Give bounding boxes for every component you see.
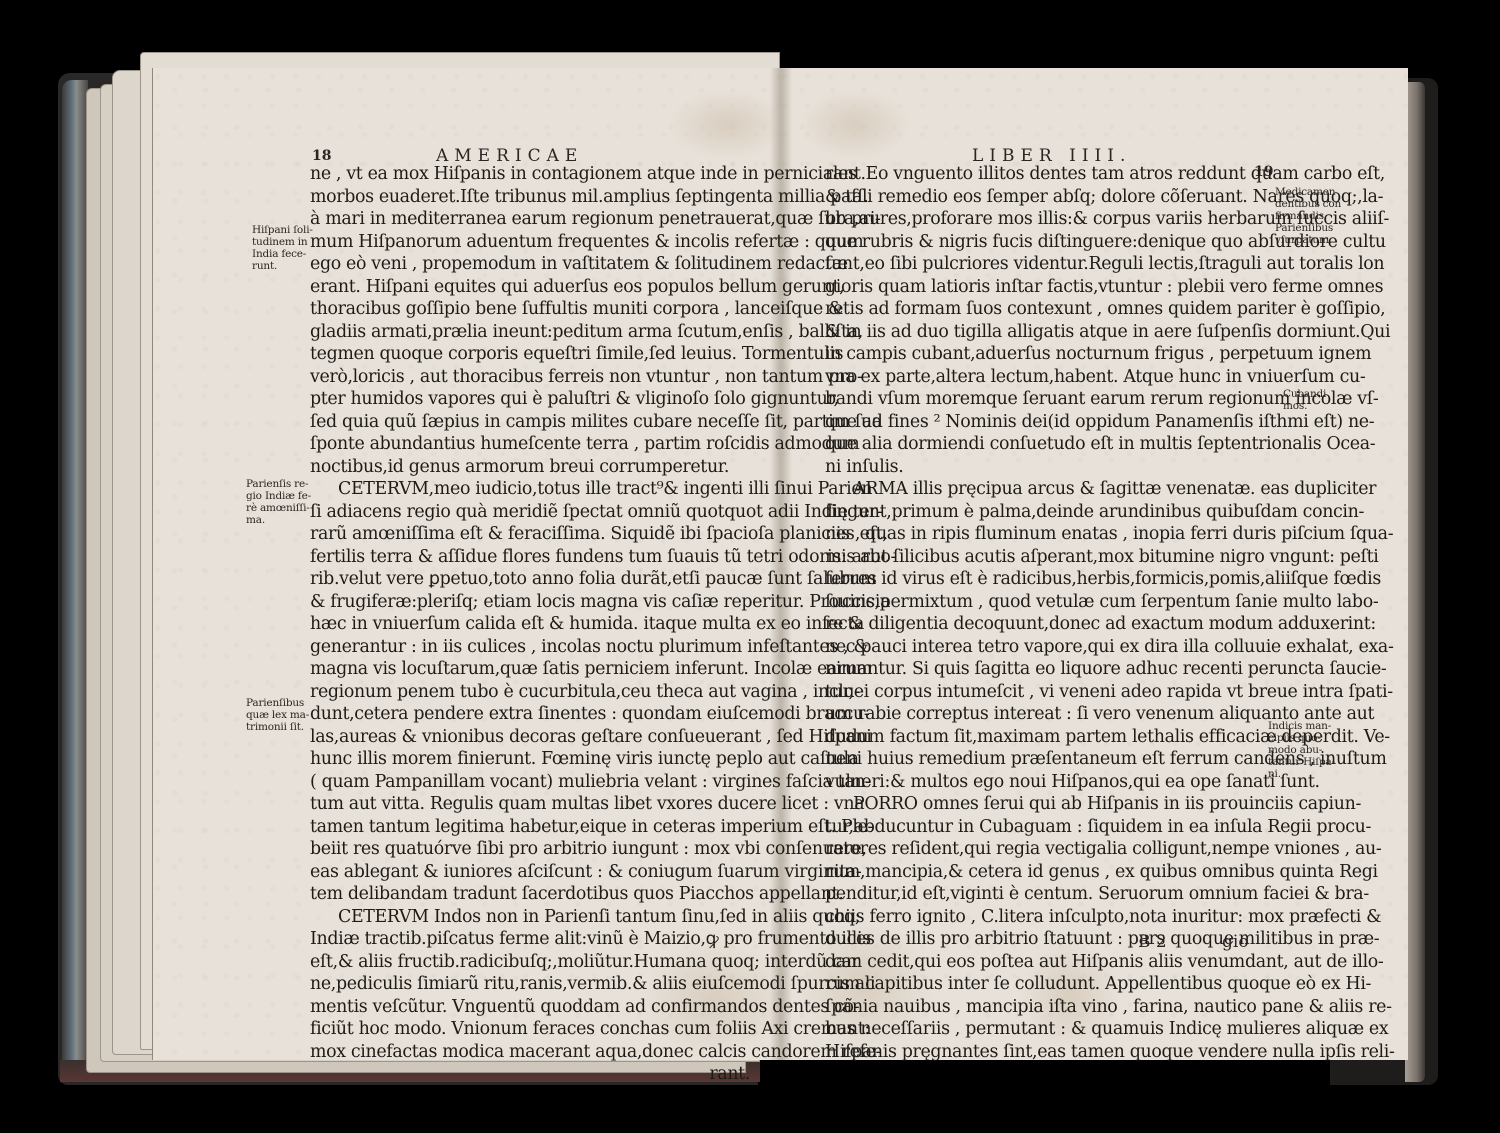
text-line: rarũ amœniſſima eſt & feraciſſima. Siqui… xyxy=(310,523,750,546)
text-line: tur,ei corpus intumeſcit , vi veneni ade… xyxy=(825,681,1270,704)
text-line: & in iis ad duo tigilla alligatis atque … xyxy=(825,321,1270,344)
marginal-note: Medicamen dentibus con firmandis, Parien… xyxy=(1275,186,1341,246)
folio-number-left: 18 xyxy=(312,148,331,164)
text-line: nec pauci interea tetro vapore,qui ex di… xyxy=(825,636,1270,659)
marginal-note: Parienſibus quæ lex ma- trimonii ſit. xyxy=(246,697,309,733)
text-line: duces de illis pro arbitrio ſtatuunt : p… xyxy=(825,928,1270,951)
text-line: chiis ferro ignito , C.litera inſculpto,… xyxy=(825,906,1270,929)
text-line: nis , quas in ripis fluminum enatas , in… xyxy=(825,523,1270,546)
text-line: tegmen quoque corporis equeſtri ſimile,ſ… xyxy=(310,343,750,366)
text-line: bra,aures,proforare mos illis:& corpus v… xyxy=(825,208,1270,231)
paragraph-start: CETERVM Indos non in Parienſi tantum ſin… xyxy=(310,906,750,929)
text-line: las,aureas & vnionibus decoras geſtare c… xyxy=(310,726,750,749)
text-line: rant.Eo vnguento illitos dentes tam atro… xyxy=(825,163,1270,186)
catchword-line: rant. xyxy=(310,1063,750,1086)
text-line: Indiæ tractib.piſcatus ferme alit:vinũ è… xyxy=(310,928,750,951)
text-line: à mari in mediterranea earum regionum pe… xyxy=(310,208,750,231)
text-line: ni inſulis. xyxy=(825,456,1270,479)
text-line: rum capitibus inter ſe colludunt. Appell… xyxy=(825,973,1270,996)
text-line: ſed quia quũ ſæpius in campis milites cu… xyxy=(310,411,750,434)
marbled-edge xyxy=(62,80,88,1080)
text-line: dam cedit,qui eos poſtea aut Hiſpanis al… xyxy=(825,951,1270,974)
text-line: que alia dormiendi conſuetudo eſt in mul… xyxy=(825,433,1270,456)
marginal-note: Parienſis re- gio Indiæ fe- rè amœniſſi-… xyxy=(246,478,311,526)
text-line: dudum factum ſit,maximam partem lethalis… xyxy=(825,726,1270,749)
text-line: ſunt,eo ſibi pulcriores videntur.Reguli … xyxy=(825,253,1270,276)
text-line: hæc in vniuerſum calida eſt & humida. it… xyxy=(310,613,750,636)
text-line: morbos euaderet.Iſte tribunus mil.ampliu… xyxy=(310,186,750,209)
catchword: gio xyxy=(1222,932,1249,952)
text-line: fertilis terra & aſſidue flores fundens … xyxy=(310,546,750,569)
text-line: ſuccis,permixtum , quod vetulæ cum ſerpe… xyxy=(825,591,1270,614)
text-line: & frugiferæ:pleriſq; etiam locis magna v… xyxy=(310,591,750,614)
text-line: re & diligentia decoquunt,donec ad exact… xyxy=(825,613,1270,636)
text-line: eſt,& aliis fructib.radicibuſq;,moliũtur… xyxy=(310,951,750,974)
text-line: penditur,id eſt,viginti è centum. Seruor… xyxy=(825,883,1270,906)
body-text-right: rant.Eo vnguento illitos dentes tam atro… xyxy=(825,163,1270,1063)
text-line: pter humidos vapores qui è paluſtri & vl… xyxy=(310,388,750,411)
text-line: Hiſpanis pręgnantes ſint,eas tamen quoqu… xyxy=(825,1041,1270,1064)
text-line: ratores reſident,qui regia vectigalia co… xyxy=(825,838,1270,861)
page-stack-edge-right xyxy=(1405,82,1425,1082)
text-line: mis aut ſilicibus acutis aſperant,mox bi… xyxy=(825,546,1270,569)
text-line: magna vis locuſtarum,quæ ſatis perniciem… xyxy=(310,658,750,681)
text-line: verò,loricis , aut thoracibus ferreis no… xyxy=(310,366,750,389)
text-line: bus neceſſariis , permutant : & quamuis … xyxy=(825,1018,1270,1041)
text-line: tur,abducuntur in Cubaguam : ſiquidem in… xyxy=(825,816,1270,839)
text-line: ferum id virus eſt è radicibus,herbis,fo… xyxy=(825,568,1270,591)
text-line: vna ex parte,altera lectum,habent. Atque… xyxy=(825,366,1270,389)
text-line: ne,pediculis ſimiarũ ritu,ranis,vermib.&… xyxy=(310,973,750,996)
text-line: generantur : in iis culices , incolas no… xyxy=(310,636,750,659)
text-line: gioris quam latioris inſtar factis,vtunt… xyxy=(825,276,1270,299)
text-line: dunt,cetera pendere extra ſinentes : quo… xyxy=(310,703,750,726)
text-line: & tali remedio eos ſemper abſq; dolore c… xyxy=(825,186,1270,209)
text-line: regionum penem tubo è cucurbitula,ceu th… xyxy=(310,681,750,704)
text-line: ſi adiacens regio quà meridiẽ ſpectat om… xyxy=(310,501,750,524)
signature-mark: B 2 xyxy=(1138,932,1167,952)
text-line: ſponte abundantius humeſcente terra , pa… xyxy=(310,433,750,456)
water-stain xyxy=(668,90,788,160)
text-line: mum Hiſpanorum aduentum frequentes & inc… xyxy=(310,231,750,254)
text-line: que rubris & nigris fucis diſtinguere:de… xyxy=(825,231,1270,254)
text-line: mox cinefactas modica macerant aqua,done… xyxy=(310,1041,750,1064)
marginal-note: Cubandi mos. xyxy=(1283,388,1326,412)
text-line: um rabie correptus intereat : ſi vero ve… xyxy=(825,703,1270,726)
text-line: ( quam Pampanillam vocant) muliebria vel… xyxy=(310,771,750,794)
text-line: rum,mancipia,& cetera id genus , ex quib… xyxy=(825,861,1270,884)
text-line: hunc illis morem finierunt. Fœminę viris… xyxy=(310,748,750,771)
text-line: fingunt,primum è palma,deinde arundinibu… xyxy=(825,501,1270,524)
text-line: bandi vſum moremque ſeruant earum rerum … xyxy=(825,388,1270,411)
text-line: ne , vt ea mox Hiſpanis in contagionem a… xyxy=(310,163,750,186)
marginal-note: Indicis man- cipiis quo- modo abu- tantu… xyxy=(1268,720,1335,780)
text-line: tem delibandam tradunt ſacerdotibus quos… xyxy=(310,883,750,906)
text-line: rib.velut vere ꝑpetuo,toto anno folia du… xyxy=(310,568,750,591)
text-line: erant. Hiſpani equites qui aduerſus eos … xyxy=(310,276,750,299)
text-line: tum aut vitta. Regulis quam multas libet… xyxy=(310,793,750,816)
text-line: eas ablegant & iuniores aſciſcunt : & co… xyxy=(310,861,750,884)
text-line: que ad fines ² Nominis dei(id oppidum Pa… xyxy=(825,411,1270,434)
paragraph-start: ARMA illis pręcipua arcus & ſagittæ vene… xyxy=(825,478,1270,501)
text-line: gladiis armati,prælia ineunt:peditum arm… xyxy=(310,321,750,344)
text-line: neni huius remedium præſentaneum eſt fer… xyxy=(825,748,1270,771)
water-stain xyxy=(800,90,910,160)
text-line: ſpania nauibus , mancipia iſta vino , fa… xyxy=(825,996,1270,1019)
text-line: beiit res quatuórve ſibi pro arbitrio iu… xyxy=(310,838,750,861)
body-text-left: ne , vt ea mox Hiſpanis in contagionem a… xyxy=(310,163,750,1086)
text-line: ficiũt hoc modo. Vnionum feraces conchas… xyxy=(310,1018,750,1041)
text-line: noctibus,id genus armorum breui corrumpe… xyxy=(310,456,750,479)
text-line: nimantur. Si quis ſagitta eo liquore adh… xyxy=(825,658,1270,681)
paragraph-start: CETERVM,meo iudicio,totus ille tract⁹& i… xyxy=(310,478,750,501)
text-line: retis ad formam ſuos contexunt , omnes q… xyxy=(825,298,1270,321)
paragraph-start: PORRO omnes ſerui qui ab Hiſpanis in iis… xyxy=(825,793,1270,816)
marginal-note: Hiſpani ſoli- tudinem in India fece- run… xyxy=(252,224,313,272)
text-line: ego eò veni , propemodum in vaſtitatem &… xyxy=(310,253,750,276)
text-line: in campis cubant,aduerſus nocturnum frig… xyxy=(825,343,1270,366)
text-line: vulneri:& multos ego noui Hiſpanos,qui e… xyxy=(825,771,1270,794)
text-line: thoracibus goſſipio bene ſuffultis munit… xyxy=(310,298,750,321)
text-line: mentis veſcũtur. Vnguentũ quoddam ad con… xyxy=(310,996,750,1019)
text-line: tamen tantum legitima habetur,eique in c… xyxy=(310,816,750,839)
